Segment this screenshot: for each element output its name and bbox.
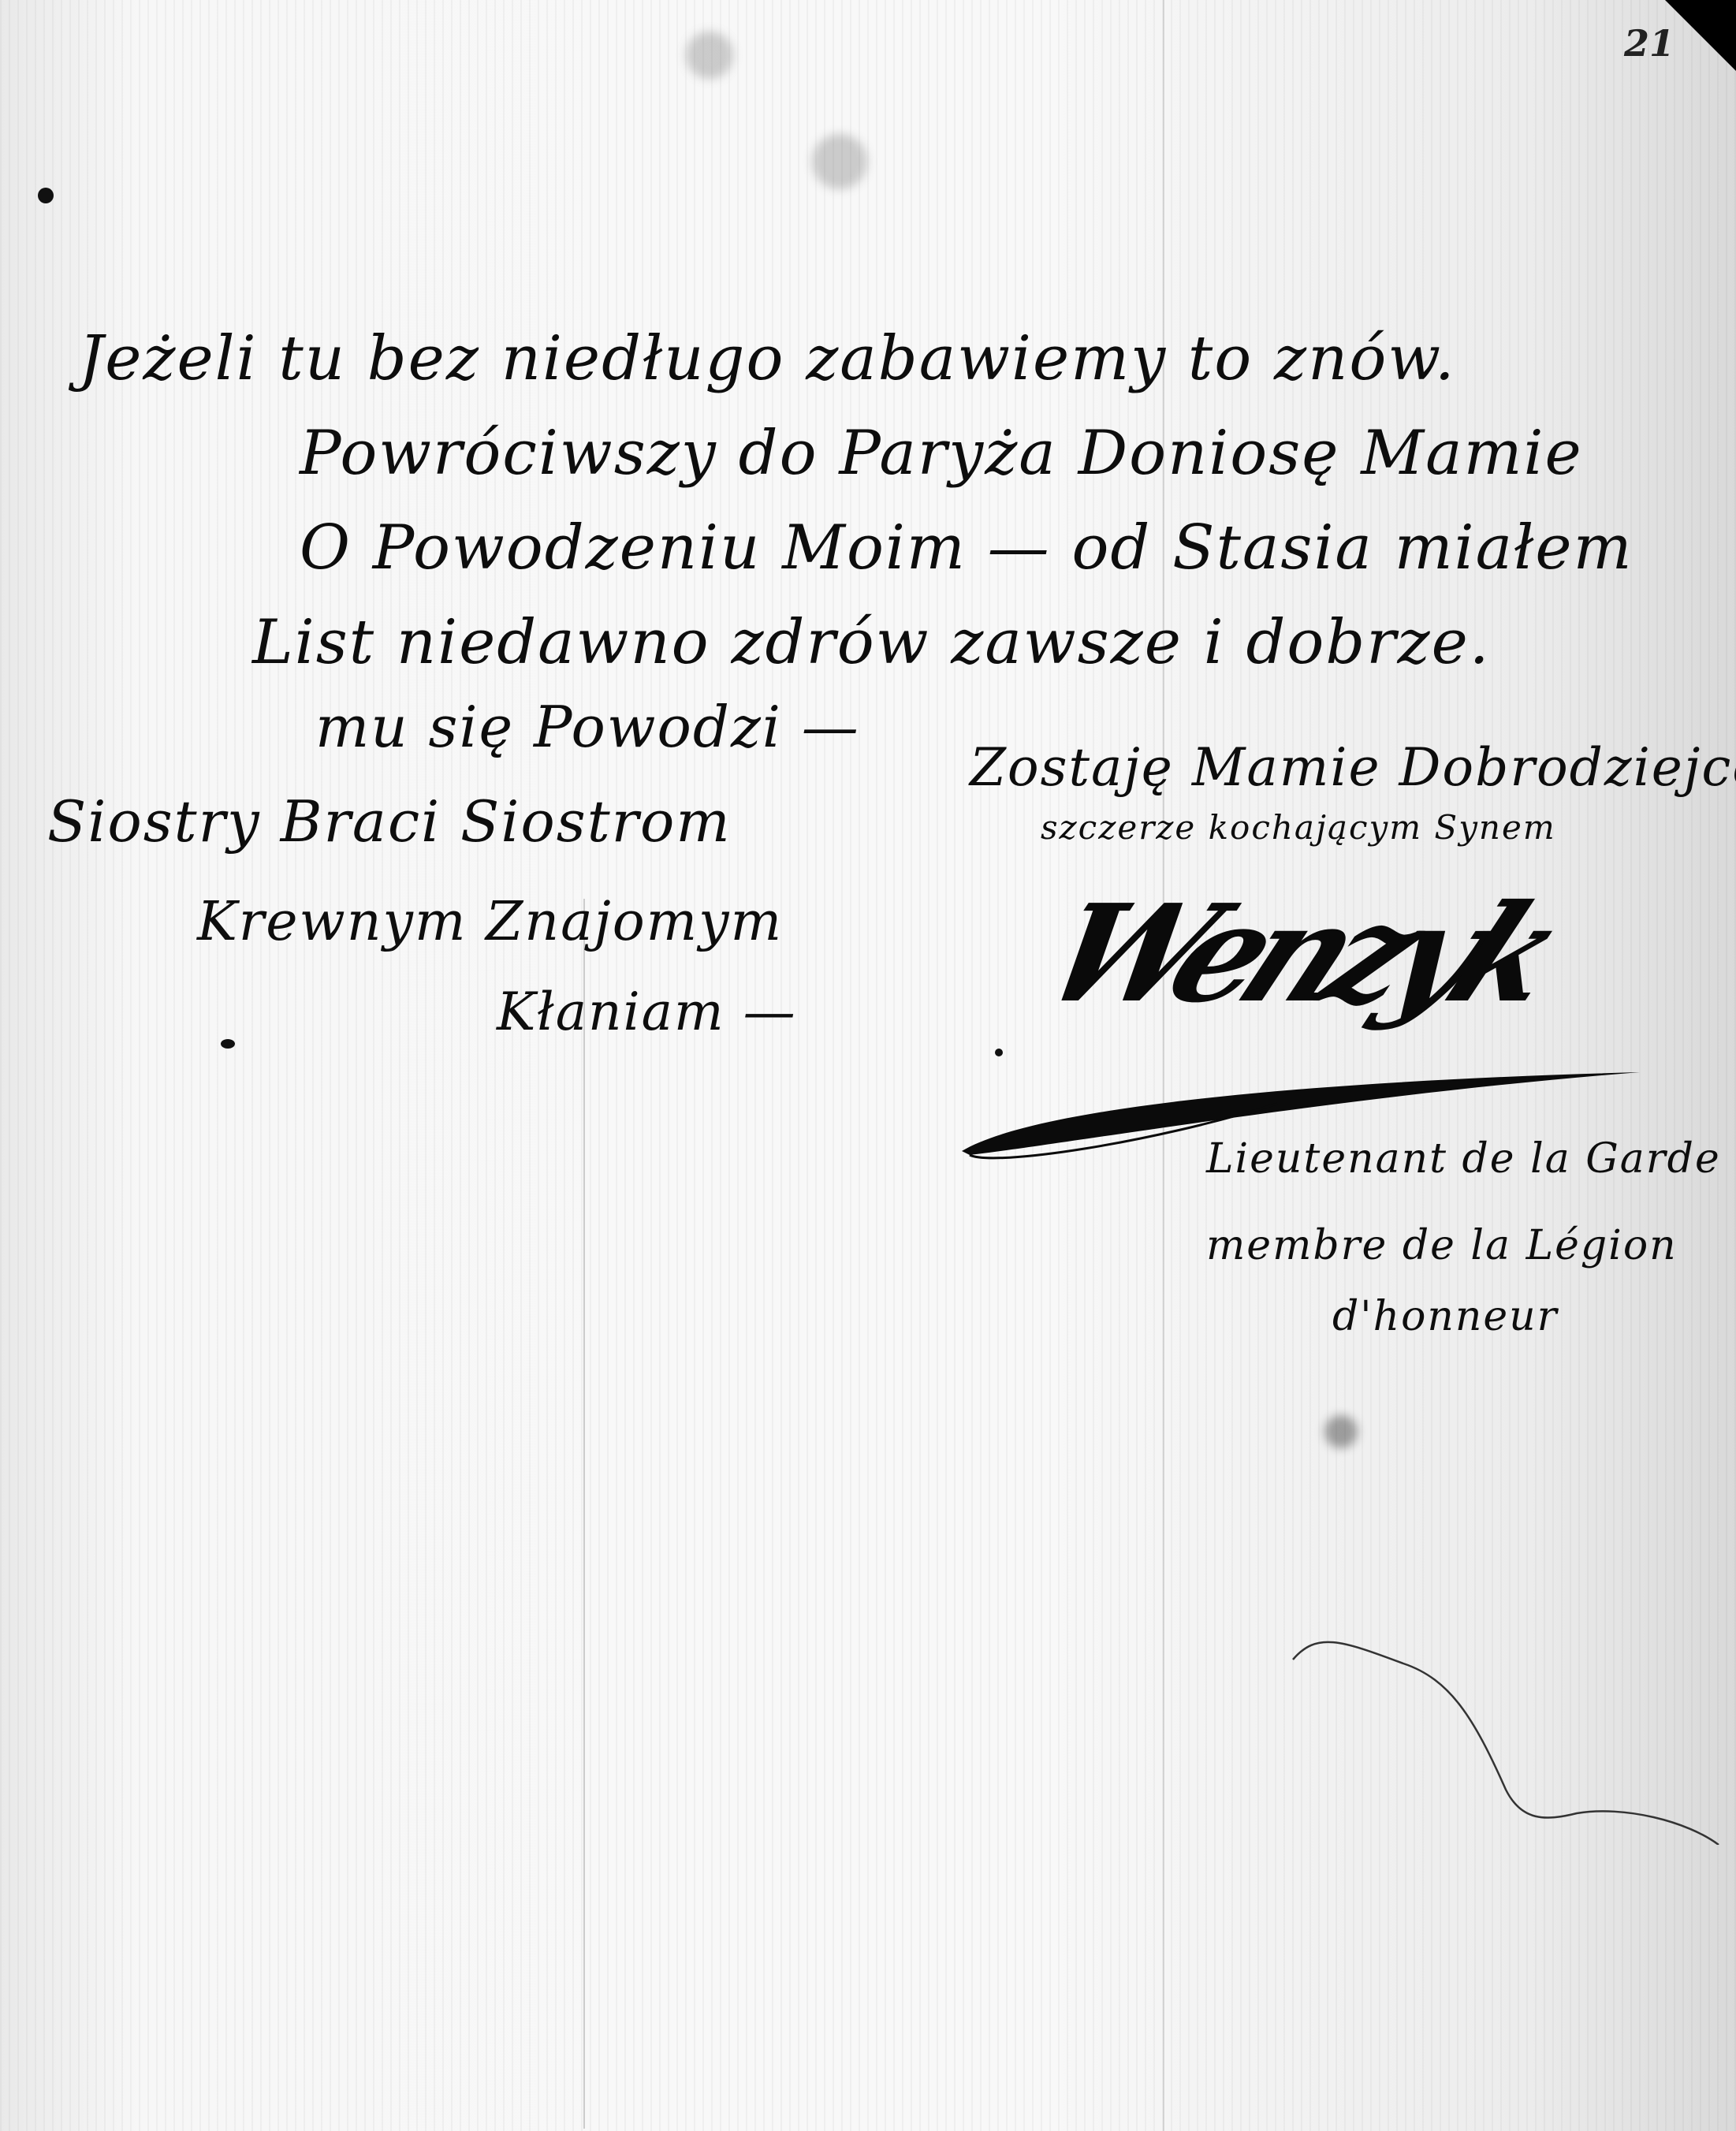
page-corner-shadow — [1665, 0, 1736, 71]
closing-line-1: Zostaję Mamie Dobrodziejce — [970, 737, 1736, 798]
signature: Wenzyk — [1019, 875, 1577, 1033]
closing-line-2: szczerze kochającym Synem — [1041, 808, 1556, 847]
greeting-line-3: Kłaniam — — [497, 982, 797, 1042]
letter-line-2: Powróciwszy do Paryża Doniosę Mamie — [300, 418, 1583, 489]
letter-page: 21 Jeżeli tu bez niedługo zabawiemy to z… — [0, 0, 1736, 2131]
letter-line-4: List niedawno zdrów zawsze i dobrze. — [252, 607, 1491, 678]
paper-fold-line — [583, 899, 585, 2129]
letter-line-5: mu się Powodzi — — [315, 694, 860, 760]
ink-spot — [221, 1039, 235, 1049]
paper-crease — [1246, 1585, 1734, 1845]
letter-line-1: Jeżeli tu bez niedługo zabawiemy to znów… — [79, 323, 1456, 394]
ink-spot — [995, 1049, 1003, 1056]
title-line-2: membre de la Légion — [1206, 1222, 1678, 1269]
greeting-line-1: Siostry Braci Siostrom — [47, 788, 732, 855]
page-number: 21 — [1624, 22, 1675, 65]
greeting-line-2: Krewnym Znajomym — [197, 891, 783, 953]
stain — [812, 134, 867, 189]
letter-line-3: O Powodzeniu Moim — od Stasia miałem — [300, 512, 1634, 583]
title-line-3: d'honneur — [1332, 1293, 1558, 1340]
stain — [686, 32, 733, 79]
ink-spot — [38, 188, 54, 203]
stain — [1324, 1415, 1358, 1448]
title-line-1: Lieutenant de la Garde — [1206, 1135, 1721, 1183]
